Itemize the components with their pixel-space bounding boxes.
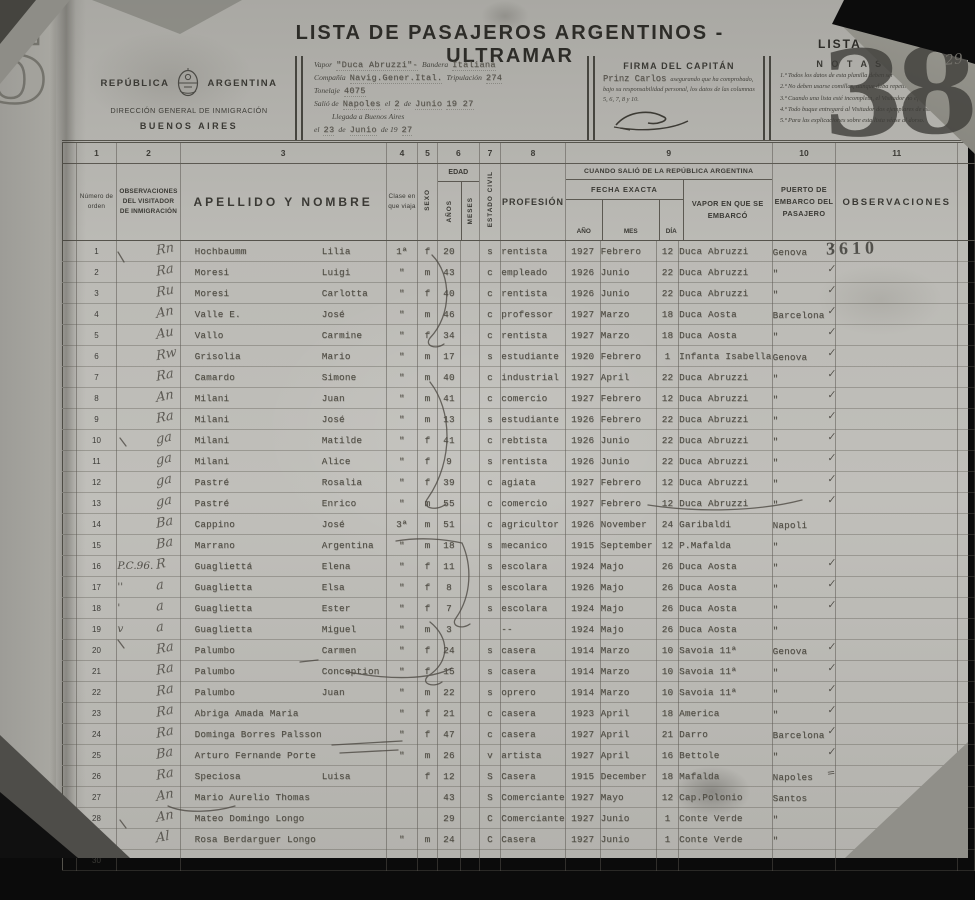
cell-embark-ship: Duca Aosta — [679, 304, 772, 325]
port-value: Napoli — [773, 520, 808, 531]
cell-age-years: 26 — [437, 745, 460, 766]
cell-margin — [63, 577, 77, 598]
cell-departure-month: Febrero — [600, 388, 656, 409]
cell-departure-month: Marzo — [600, 661, 656, 682]
cell-profession — [501, 850, 566, 871]
bandera-label: Bandera — [422, 60, 448, 69]
ship-info-box: Vapor "Duca Abruzzi"- Bandera Italiana C… — [304, 56, 586, 140]
cell-profession: casera — [501, 703, 566, 724]
cell-age-months — [461, 388, 480, 409]
cell-age-months — [461, 703, 480, 724]
cell-profession: comercio — [501, 388, 566, 409]
table-row: 24 Ra Dominga Borres Palsson " f 47 c ca… — [63, 724, 975, 745]
cell-order-number: 1 — [76, 241, 117, 262]
given-name: Simone — [322, 372, 386, 383]
visitor-mark: Al — [155, 829, 169, 847]
cell-age-months — [461, 682, 480, 703]
cell-embark-ship: Savoia 11ª — [679, 682, 772, 703]
cell-visitor-observations — [117, 829, 180, 850]
surname: Mario Aurelio Thomas — [181, 792, 322, 803]
cell-observations — [836, 304, 958, 325]
table-row: 10 ga Milani Matilde " f 41 c rebtista 1… — [63, 430, 975, 451]
cell-embark-port: " ✓ — [772, 556, 836, 577]
cell-departure-year: 1914 — [565, 661, 600, 682]
cell-class — [386, 766, 417, 787]
cell-sex: m — [418, 619, 438, 640]
cell-class: 3ª — [386, 514, 417, 535]
table-row: 19 v a Guaglietta Miguel " m 3 -- 1924 M… — [63, 619, 975, 640]
visitor-mark: a — [155, 577, 164, 594]
table-row: 23 Ra Abriga Amada Maria " f 21 c casera… — [63, 703, 975, 724]
cell-profession: empleado — [501, 262, 566, 283]
surname: Moresi — [181, 267, 322, 278]
port-value: " — [773, 478, 779, 489]
surname: Pastré — [181, 477, 322, 488]
surname: Pastré — [181, 498, 322, 509]
issuer-republica: REPÚBLICA — [101, 78, 170, 89]
surname: Palumbo — [181, 687, 322, 698]
llegada-el-label: el — [314, 125, 319, 134]
cell-civil-status: c — [479, 514, 500, 535]
cell-age-years: 24 — [437, 829, 460, 850]
cell-sex: m — [418, 367, 438, 388]
cell-edge — [958, 514, 975, 535]
cell-name: Ra Dominga Borres Palsson — [180, 724, 386, 745]
el-label: el — [385, 99, 390, 108]
table-row: 21 Ra Palumbo Conception " f 15 s casera… — [63, 661, 975, 682]
visitor-mark: ga — [155, 471, 172, 489]
cell-age-years: 24 — [437, 640, 460, 661]
header-civil-status: ESTADO CIVIL — [479, 164, 500, 241]
cell-age-years: 22 — [437, 682, 460, 703]
tonelaje-value: 4075 — [344, 86, 366, 97]
cell-age-months — [461, 451, 480, 472]
cell-departure-year: 1927 — [565, 304, 600, 325]
cell-margin — [63, 430, 77, 451]
cell-civil-status: c — [479, 367, 500, 388]
salio-month-value: Junio — [415, 99, 442, 110]
cell-observations — [836, 577, 958, 598]
cell-age-years: 46 — [437, 304, 460, 325]
cell-edge — [958, 367, 975, 388]
cell-departure-year: 1915 — [565, 766, 600, 787]
cell-departure-month: Junio — [600, 430, 656, 451]
visitor-mark: ga — [155, 450, 172, 468]
cell-embark-ship: Conte Verde — [679, 808, 772, 829]
cell-departure-year: 1927 — [565, 241, 600, 262]
port-value: Santos — [773, 793, 808, 804]
cell-age-years: 12 — [437, 766, 460, 787]
cell-civil-status: s — [479, 661, 500, 682]
cell-civil-status: s — [479, 535, 500, 556]
cell-sex: m — [418, 262, 438, 283]
cell-age-years: 34 — [437, 325, 460, 346]
table-row: 28 An Mateo Domingo Longo 29 C Comercian… — [63, 808, 975, 829]
cell-embark-port: Santos — [772, 787, 836, 808]
cell-departure-day: 21 — [657, 724, 679, 745]
cell-class: " — [386, 367, 417, 388]
llegada-year-value: 27 — [402, 125, 413, 136]
cell-class — [386, 808, 417, 829]
cell-departure-month: Majo — [600, 598, 656, 619]
cell-profession: agricultor — [501, 514, 566, 535]
cell-embark-ship: Bettole — [679, 745, 772, 766]
cell-departure-day: 12 — [657, 388, 679, 409]
cell-profession: industrial — [501, 367, 566, 388]
cell-visitor-observations — [117, 850, 180, 871]
cell-departure-day: 18 — [657, 304, 679, 325]
cell-embark-port: " ✓ — [772, 325, 836, 346]
cell-visitor-observations: '' — [117, 577, 180, 598]
given-name: Carlotta — [322, 288, 386, 299]
surname: Mateo Domingo Longo — [181, 813, 322, 824]
cell-departure-year: 1927 — [565, 787, 600, 808]
cell-edge — [958, 535, 975, 556]
table-row: 3 Ru Moresi Carlotta " f 40 c rentista 1… — [63, 283, 975, 304]
cell-departure-year: 1914 — [565, 640, 600, 661]
cell-age-months — [461, 829, 480, 850]
given-name: Carmine — [322, 330, 386, 341]
cell-departure-month: Febrero — [600, 472, 656, 493]
surname: Guaglietta — [181, 582, 322, 593]
cell-age-years: 7 — [437, 598, 460, 619]
given-name: Rosalia — [322, 477, 386, 488]
tonelaje-label: Tonelaje — [314, 86, 340, 95]
cell-embark-ship: Savoia 11ª — [679, 661, 772, 682]
cell-embark-ship: Duca Abruzzi — [679, 367, 772, 388]
cell-civil-status: c — [479, 325, 500, 346]
pen-checkmark: ✓ — [826, 641, 836, 653]
cell-profession: mecanico — [501, 535, 566, 556]
cell-civil-status: C — [479, 829, 500, 850]
cell-embark-port — [772, 850, 836, 871]
port-value: " — [773, 541, 779, 552]
cell-civil-status: c — [479, 304, 500, 325]
cell-observations — [836, 472, 958, 493]
cell-embark-port: Genova ✓ — [772, 346, 836, 367]
cell-class: " — [386, 682, 417, 703]
surname: Abriga Amada Maria — [181, 708, 322, 719]
table-row: 4 An Valle E. José " m 46 c professor 19… — [63, 304, 975, 325]
cell-age-years: 8 — [437, 577, 460, 598]
table-row: 30 — [63, 850, 975, 871]
cell-departure-day: 22 — [657, 430, 679, 451]
cell-age-months — [461, 745, 480, 766]
cell-age-years: 11 — [437, 556, 460, 577]
cell-departure-month: Majo — [600, 556, 656, 577]
cell-sex — [418, 787, 438, 808]
cell-order-number: 22 — [76, 682, 117, 703]
cell-age-months — [461, 241, 480, 262]
scanned-passenger-list-page: { "page": { "title": "LISTA DE PASAJEROS… — [0, 0, 975, 900]
cell-embark-ship: Duca Abruzzi — [679, 388, 772, 409]
cell-edge — [958, 619, 975, 640]
cell-class: " — [386, 724, 417, 745]
given-name: Conception — [322, 666, 386, 677]
cell-age-months — [461, 304, 480, 325]
header-name: APELLIDO Y NOMBRE — [180, 164, 386, 241]
port-value: " — [773, 625, 779, 636]
pen-checkmark: ✓ — [826, 725, 836, 737]
given-name: Luigi — [322, 267, 386, 278]
cell-edge — [958, 164, 975, 241]
surname: Dominga Borres Palsson — [181, 729, 322, 740]
cell-name: a Guaglietta Ester — [180, 598, 386, 619]
cell-embark-port: " — [772, 829, 836, 850]
table-row: 15 Ba Marrano Argentina " m 18 s mecanic… — [63, 535, 975, 556]
cell-edge — [958, 304, 975, 325]
cell-departure-year: 1927 — [565, 325, 600, 346]
cell-embark-port: " — [772, 619, 836, 640]
cell-embark-port: Barcelona ✓ — [772, 304, 836, 325]
surname: Milani — [181, 393, 322, 404]
pen-checkmark: ✓ — [826, 704, 836, 716]
cell-observations — [836, 451, 958, 472]
surname: Camardo — [181, 372, 322, 383]
cell-profession: casera — [501, 640, 566, 661]
cell-sex: f — [418, 556, 438, 577]
cell-margin — [63, 493, 77, 514]
cell-civil-status: s — [479, 346, 500, 367]
cell-margin — [63, 142, 77, 164]
cell-sex: m — [418, 304, 438, 325]
table-row: 13 ga Pastré Enrico " m 55 c comercio 19… — [63, 493, 975, 514]
surname: Grisolia — [181, 351, 322, 362]
cell-profession: comercio — [501, 493, 566, 514]
given-name: Lilia — [322, 246, 386, 257]
surname: Hochbaumm — [181, 246, 322, 257]
cell-embark-ship: Duca Aosta — [679, 325, 772, 346]
cell-sex: f — [418, 640, 438, 661]
cell-embark-port: " — [772, 808, 836, 829]
cell-age-months — [461, 493, 480, 514]
cell-embark-port: Genova ✓ — [772, 640, 836, 661]
port-value: " — [773, 835, 779, 846]
cell-civil-status: S — [479, 787, 500, 808]
cell-departure-day: 12 — [657, 472, 679, 493]
pen-checkmark: ✓ — [826, 263, 836, 275]
cell-embark-ship: Duca Abruzzi — [679, 472, 772, 493]
cell-departure-month: Majo — [600, 619, 656, 640]
cell-class — [386, 850, 417, 871]
pen-checkmark: ✓ — [826, 662, 836, 674]
cell-departure-day: 18 — [657, 703, 679, 724]
pen-checkmark: ✓ — [826, 683, 836, 695]
cell-class: " — [386, 409, 417, 430]
header-age-months: MESES — [462, 182, 479, 240]
cell-departure-day: 12 — [657, 787, 679, 808]
cell-sex: m — [418, 682, 438, 703]
cell-departure-year: 1927 — [565, 388, 600, 409]
cell-name: Rw Grisolia Mario — [180, 346, 386, 367]
llegada-day-value: 23 — [323, 125, 334, 136]
surname: Marrano — [181, 540, 322, 551]
pen-checkmark: ✓ — [826, 746, 836, 758]
cell-age-years: 13 — [437, 409, 460, 430]
cell-profession: Comerciante — [501, 787, 566, 808]
cell-order-number: 26 — [76, 766, 117, 787]
cell-class: 1ª — [386, 241, 417, 262]
cell-civil-status — [479, 619, 500, 640]
cell-class: " — [386, 304, 417, 325]
cell-embark-port: " ✓ — [772, 367, 836, 388]
cell-edge — [958, 283, 975, 304]
cell-departure-month: Mayo — [600, 787, 656, 808]
cell-margin — [63, 367, 77, 388]
cell-age-years: 51 — [437, 514, 460, 535]
pencil-page-number: 29 — [944, 51, 963, 69]
table-row: 26 Ra Speciosa Luisa f 12 S Casera 1915 … — [63, 766, 975, 787]
cell-edge — [958, 472, 975, 493]
table-row: 25 Ba Arturo Fernande Porte " m 26 v art… — [63, 745, 975, 766]
cell-departure-day: 10 — [657, 682, 679, 703]
registry-number-stamp: 3610 — [826, 237, 879, 259]
cell-name: Ra Camardo Simone — [180, 367, 386, 388]
cell-order-number: 5 — [76, 325, 117, 346]
compania-label: Compañía — [314, 73, 346, 82]
cell-name: Ra Moresi Luigi — [180, 262, 386, 283]
cell-embark-ship — [679, 850, 772, 871]
cell-age-years: 41 — [437, 388, 460, 409]
given-name: José — [322, 519, 386, 530]
col-number: 6 — [437, 142, 479, 164]
cell-margin — [63, 388, 77, 409]
cell-embark-ship: Duca Abruzzi — [679, 241, 772, 262]
col-number: 9 — [565, 142, 772, 164]
cell-sex: f — [418, 661, 438, 682]
cell-observations — [836, 724, 958, 745]
cell-margin — [63, 766, 77, 787]
cell-age-years: 21 — [437, 703, 460, 724]
cell-embark-ship: Cap.Polonio — [679, 787, 772, 808]
header-port: PUERTO DE EMBARCO DEL PASAJERO — [772, 164, 836, 241]
tripulacion-value: 274 — [486, 73, 502, 84]
cell-departure-year: 1926 — [565, 409, 600, 430]
cell-margin — [63, 164, 77, 241]
header-edad: EDAD — [438, 164, 479, 182]
cell-departure-day — [657, 850, 679, 871]
cell-embark-port: " ✓ — [772, 409, 836, 430]
header-age-group: EDAD AÑOS MESES — [437, 164, 479, 241]
visitor-mark: ga — [155, 492, 172, 510]
col-number: 1 — [76, 142, 117, 164]
pen-checkmark: ✓ — [826, 557, 836, 569]
header-ano: AÑO — [566, 200, 603, 240]
cell-margin — [63, 598, 77, 619]
vapor-value: "Duca Abruzzi"- — [336, 60, 418, 71]
cell-departure-year: 1927 — [565, 745, 600, 766]
cell-embark-port: " — [772, 535, 836, 556]
surname: Rosa Berdarguer Longo — [181, 834, 322, 845]
table-row: 11 ga Milani Alice " f 9 s rentista 1926… — [63, 451, 975, 472]
cell-departure-day: 26 — [657, 619, 679, 640]
table-row: 2 Ra Moresi Luigi " m 43 c empleado 1926… — [63, 262, 975, 283]
col-number: 2 — [117, 142, 180, 164]
cell-observations — [836, 598, 958, 619]
cell-order-number: 8 — [76, 388, 117, 409]
issuer-argentina: ARGENTINA — [207, 78, 277, 89]
cell-sex: m — [418, 346, 438, 367]
cell-class: " — [386, 556, 417, 577]
cell-departure-day: 10 — [657, 640, 679, 661]
cell-profession: rebtista — [501, 430, 566, 451]
header-profession: PROFESIÓN — [501, 164, 566, 241]
visitor-mark: R — [155, 556, 166, 573]
cell-profession: oprero — [501, 682, 566, 703]
surname: Palumbo — [181, 645, 322, 656]
llegada-de19-label: de 19 — [381, 125, 398, 134]
pen-checkmark: ✓ — [826, 410, 836, 422]
cell-observations — [836, 682, 958, 703]
cell-civil-status: s — [479, 577, 500, 598]
given-name: Matilde — [322, 435, 386, 446]
cell-civil-status: s — [479, 451, 500, 472]
cell-civil-status — [479, 850, 500, 871]
port-value: " — [773, 688, 779, 699]
port-value: " — [773, 562, 779, 573]
cell-class: " — [386, 703, 417, 724]
cell-departure-month: Majo — [600, 577, 656, 598]
table-row: 7 Ra Camardo Simone " m 40 c industrial … — [63, 367, 975, 388]
cell-visitor-observations: ' — [117, 598, 180, 619]
cell-civil-status: s — [479, 241, 500, 262]
passenger-rows: 1 Rn Hochbaumm Lilia 1ª f 20 s rentista … — [63, 241, 975, 871]
cell-sex: f — [418, 766, 438, 787]
cell-departure-month: April — [600, 367, 656, 388]
cell-margin — [63, 346, 77, 367]
cell-embark-ship: Infanta Isabella — [679, 346, 772, 367]
cell-visitor-observations: P.C.96. — [117, 556, 180, 577]
cell-class: " — [386, 472, 417, 493]
table-row: 14 Ba Cappino José 3ª m 51 c agricultor … — [63, 514, 975, 535]
cell-departure-day: 22 — [657, 367, 679, 388]
cell-departure-day: 10 — [657, 661, 679, 682]
surname: Moresi — [181, 288, 322, 299]
port-value: Barcelona — [773, 310, 825, 321]
cell-departure-year: 1927 — [565, 724, 600, 745]
cell-departure-month: Junio — [600, 283, 656, 304]
cell-departure-day: 26 — [657, 577, 679, 598]
port-value: Genova — [773, 247, 808, 258]
port-value: " — [773, 436, 779, 447]
cell-embark-port: " ✓ — [772, 493, 836, 514]
header-sex: SEXO — [418, 164, 438, 241]
cell-order-number: 23 — [76, 703, 117, 724]
cell-age-months — [461, 556, 480, 577]
cell-embark-ship: America — [679, 703, 772, 724]
cell-edge — [958, 640, 975, 661]
cell-order-number: 6 — [76, 346, 117, 367]
cell-departure-month: Marzo — [600, 304, 656, 325]
cell-departure-year — [565, 850, 600, 871]
cell-age-years: 41 — [437, 430, 460, 451]
cell-sex: f — [418, 283, 438, 304]
cell-civil-status: S — [479, 766, 500, 787]
port-value: Napoles — [773, 772, 813, 783]
table-row: 20 Ra Palumbo Carmen " f 24 s casera 191… — [63, 640, 975, 661]
cell-profession: escolara — [501, 556, 566, 577]
cell-departure-year: 1924 — [565, 556, 600, 577]
cell-embark-ship: Duca Abruzzi — [679, 283, 772, 304]
cell-profession: professor — [501, 304, 566, 325]
cell-embark-ship: Savoia 11ª — [679, 640, 772, 661]
cell-name: Ra Palumbo Carmen — [180, 640, 386, 661]
header-mes: MES — [603, 200, 660, 240]
cell-profession: agiata — [501, 472, 566, 493]
pen-checkmark: ✓ — [826, 389, 836, 401]
cell-embark-port: " ✓ — [772, 745, 836, 766]
cell-edge — [958, 703, 975, 724]
